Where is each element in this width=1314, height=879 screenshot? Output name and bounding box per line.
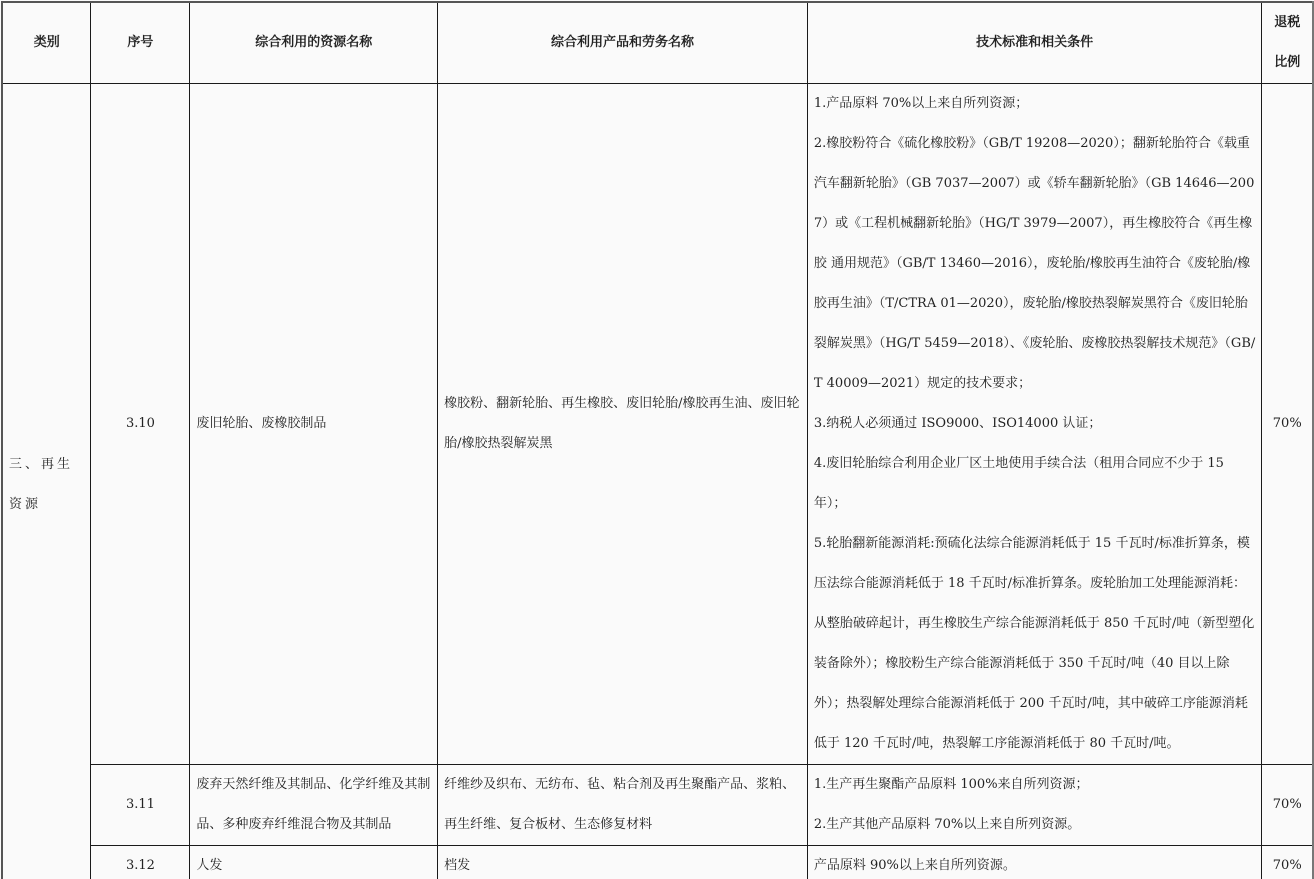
table-row: 三、再生资源 3.10 废旧轮胎、废橡胶制品 橡胶粉、翻新轮胎、再生橡胶、废旧轮… xyxy=(2,84,1313,765)
header-rate: 退税 比例 xyxy=(1262,2,1313,84)
header-seq: 序号 xyxy=(91,2,190,84)
standards-cell: 1.产品原料 70%以上来自所列资源； 2.橡胶粉符合《硫化橡胶粉》（GB/T … xyxy=(807,84,1262,765)
header-rate-line1: 退税 xyxy=(1266,3,1308,43)
product-cell: 纤维纱及织布、无纺布、毡、粘合剂及再生聚酯产品、浆粕、再生纤维、复合板材、生态修… xyxy=(438,765,808,846)
seq-cell: 3.10 xyxy=(91,84,190,765)
table-row: 3.12 人发 档发 产品原料 90%以上来自所列资源。 70% xyxy=(2,846,1313,879)
rate-cell: 70% xyxy=(1262,765,1313,846)
product-cell: 档发 xyxy=(438,846,808,879)
policy-table: 类别 序号 综合利用的资源名称 综合利用产品和劳务名称 技术标准和相关条件 退税… xyxy=(1,1,1314,879)
standards-cell: 1.生产再生聚酯产品原料 100%来自所列资源； 2.生产其他产品原料 70%以… xyxy=(807,765,1262,846)
standard-item: 1.产品原料 70%以上来自所列资源； xyxy=(814,84,1256,124)
header-product-name: 综合利用产品和劳务名称 xyxy=(438,2,808,84)
standard-item: 5.轮胎翻新能源消耗:预硫化法综合能源消耗低于 15 千瓦时/标准折算条，模压法… xyxy=(814,524,1256,764)
seq-cell: 3.11 xyxy=(91,765,190,846)
standard-item: 3.纳税人必须通过 ISO9000、ISO14000 认证； xyxy=(814,404,1256,444)
header-rate-line2: 比例 xyxy=(1266,43,1308,83)
standards-cell: 产品原料 90%以上来自所列资源。 xyxy=(807,846,1262,879)
standard-item: 产品原料 90%以上来自所列资源。 xyxy=(814,846,1256,879)
standard-item: 4.废旧轮胎综合利用企业厂区土地使用手续合法（租用合同应不少于 15 年）； xyxy=(814,444,1256,524)
product-cell: 橡胶粉、翻新轮胎、再生橡胶、废旧轮胎/橡胶再生油、废旧轮胎/橡胶热裂解炭黑 xyxy=(438,84,808,765)
standard-item: 2.橡胶粉符合《硫化橡胶粉》（GB/T 19208—2020）；翻新轮胎符合《载… xyxy=(814,124,1256,404)
category-cell: 三、再生资源 xyxy=(2,84,91,879)
seq-cell: 3.12 xyxy=(91,846,190,879)
standard-item: 2.生产其他产品原料 70%以上来自所列资源。 xyxy=(814,805,1256,845)
resource-cell: 人发 xyxy=(190,846,438,879)
rate-cell: 70% xyxy=(1262,846,1313,879)
header-resource-name: 综合利用的资源名称 xyxy=(190,2,438,84)
resource-cell: 废弃天然纤维及其制品、化学纤维及其制品、多种废弃纤维混合物及其制品 xyxy=(190,765,438,846)
table-row: 3.11 废弃天然纤维及其制品、化学纤维及其制品、多种废弃纤维混合物及其制品 纤… xyxy=(2,765,1313,846)
header-standards: 技术标准和相关条件 xyxy=(807,2,1262,84)
header-row: 类别 序号 综合利用的资源名称 综合利用产品和劳务名称 技术标准和相关条件 退税… xyxy=(2,2,1313,84)
standard-item: 1.生产再生聚酯产品原料 100%来自所列资源； xyxy=(814,765,1256,805)
rate-cell: 70% xyxy=(1262,84,1313,765)
header-category: 类别 xyxy=(2,2,91,84)
resource-cell: 废旧轮胎、废橡胶制品 xyxy=(190,84,438,765)
